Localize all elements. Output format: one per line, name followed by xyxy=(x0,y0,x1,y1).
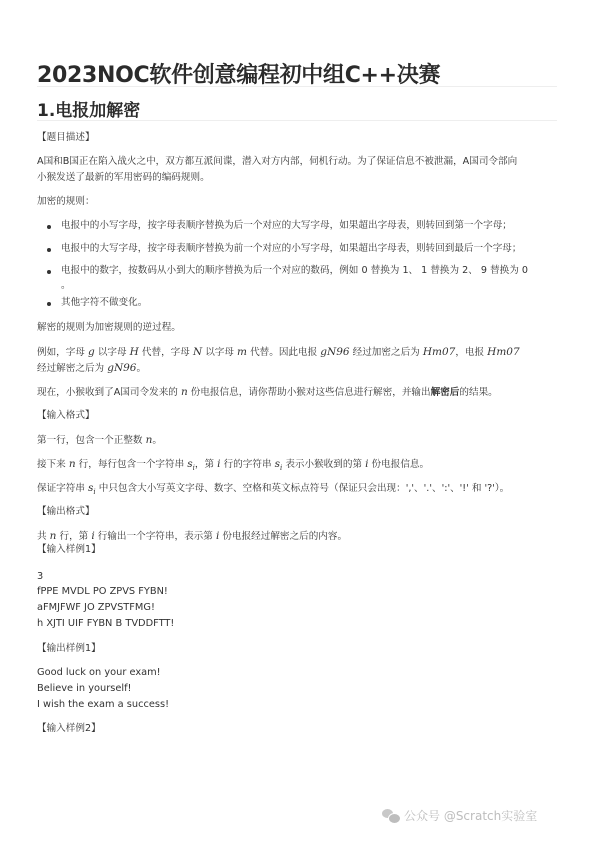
math: si xyxy=(187,458,195,470)
rule-item: 电报中的小写字母，按字母表顺序替换为后一个对应的大写字母，如果超出字母表，则转回… xyxy=(61,219,512,233)
input-format-label: 【输入格式】 xyxy=(37,409,95,423)
math: Hm07 xyxy=(423,346,455,358)
problem-heading: 1.电报加解密 xyxy=(37,96,140,121)
math: i xyxy=(365,458,368,470)
bullet-icon xyxy=(47,302,51,306)
task-line: 现在，小猴收到了A国司令发来的 n 份电报信息，请你帮助小猴对这些信息进行解密，… xyxy=(37,385,498,400)
example-line-2: 经过解密之后为 gN96。 xyxy=(37,361,146,376)
subscript: i xyxy=(93,488,95,496)
output-format-label: 【输出格式】 xyxy=(37,505,95,519)
math: n xyxy=(50,530,57,542)
text: 现在，小猴收到了A国司令发来的 xyxy=(37,387,178,398)
text: 保证字符串 xyxy=(37,483,85,494)
text: 以字母 xyxy=(205,347,234,358)
text: 份电报经过解密之后的内容。 xyxy=(222,531,347,542)
text: 份电报信息，请你帮助小猴对这些信息进行解密，并输出 xyxy=(191,387,431,398)
text: 的结果。 xyxy=(459,387,497,398)
bullet-icon xyxy=(47,248,51,252)
math: i xyxy=(216,530,219,542)
math: N xyxy=(193,346,202,358)
text: 行的字符串 xyxy=(224,459,272,470)
output-line-1: 共 n 行，第 i 行输出一个字符串，表示第 i 份电报经过解密之后的内容。 xyxy=(37,529,347,544)
bullet-icon xyxy=(47,270,51,274)
sample-input-2-label: 【输入样例2】 xyxy=(37,722,101,736)
bold-text: 解密后 xyxy=(431,387,460,398)
example-line-1: 例如，字母 g 以字母 H 代替，字母 N 以字母 m 代替。因此电报 gN96… xyxy=(37,345,520,360)
text: 中只包含大小写英文字母、数字、空格和英文标点符号（保证只会出现：','、'.'、… xyxy=(99,483,510,494)
rule-item-tail: 。 xyxy=(61,279,71,293)
rule-item: 电报中的大写字母，按字母表顺序替换为前一个对应的小写字母，如果超出字母表，则转回… xyxy=(61,242,522,256)
text: 行，每行包含一个字符串 xyxy=(79,459,185,470)
math: Hm07 xyxy=(487,346,519,358)
text: 。 xyxy=(152,435,162,446)
bullet-icon xyxy=(47,225,51,229)
math: n xyxy=(181,386,188,398)
math: n xyxy=(69,458,76,470)
sample-output-line: Believe in yourself! xyxy=(37,682,131,697)
title-divider xyxy=(37,86,557,87)
sample-input-1-label: 【输入样例1】 xyxy=(37,543,101,557)
sample-output-line: Good luck on your exam! xyxy=(37,666,161,681)
text: 经过加密之后为 xyxy=(353,347,420,358)
desc-line-2: 小猴发送了最新的军用密码的编码规则。 xyxy=(37,171,210,185)
text: 经过解密之后为 xyxy=(37,363,104,374)
math: si xyxy=(275,458,283,470)
subscript: i xyxy=(280,464,282,472)
rules-label: 加密的规则： xyxy=(37,195,95,209)
text: ，第 xyxy=(195,459,214,470)
math: g xyxy=(88,346,95,358)
sample-input-line: fPPE MVDL PO ZPVS FYBN! xyxy=(37,585,168,600)
heading-divider xyxy=(37,120,557,121)
text: 表示小猴收到的第 xyxy=(285,459,362,470)
input-line-3: 保证字符串 si 中只包含大小写英文字母、数字、空格和英文标点符号（保证只会出现… xyxy=(37,481,509,499)
text: 代替，字母 xyxy=(142,347,190,358)
math: gN96 xyxy=(107,362,136,374)
math: i xyxy=(91,530,94,542)
desc-label: 【题目描述】 xyxy=(37,131,95,145)
math: si xyxy=(88,482,96,494)
text: 代替。因此电报 xyxy=(250,347,317,358)
math: i xyxy=(217,458,220,470)
watermark-text: 公众号 @Scratch实验室 xyxy=(404,807,537,824)
input-line-1: 第一行，包含一个正整数 n。 xyxy=(37,433,162,448)
input-line-2: 接下来 n 行，每行包含一个字符串 si，第 i 行的字符串 si 表示小猴收到… xyxy=(37,457,429,475)
sample-input-line: h XJTI UIF FYBN B TVDDFTT! xyxy=(37,617,174,632)
text: 。 xyxy=(137,363,147,374)
text: 例如，字母 xyxy=(37,347,85,358)
page-title: 2023NOC软件创意编程初中组C++决赛 xyxy=(37,58,440,89)
watermark: 公众号 @Scratch实验室 xyxy=(382,807,537,824)
math: H xyxy=(130,346,139,358)
sample-input-line: 3 xyxy=(37,570,43,585)
text: ，电报 xyxy=(455,347,484,358)
text: 行，第 xyxy=(59,531,88,542)
text: 共 xyxy=(37,531,47,542)
desc-line-1: A国和B国正在陷入战火之中，双方都互派间谍，潜入对方内部，伺机行动。为了保证信息… xyxy=(37,155,517,169)
sample-input-line: aFMJFWF JO ZPVSTFMG! xyxy=(37,601,155,616)
text: 接下来 xyxy=(37,459,66,470)
sample-output-line: I wish the exam a success! xyxy=(37,698,169,713)
text: 份电报信息。 xyxy=(372,459,430,470)
text: 第一行，包含一个正整数 xyxy=(37,435,143,446)
rule-item: 电报中的数字，按数码从小到大的顺序替换为后一个对应的数码，例如 0 替换为 1、… xyxy=(61,264,528,278)
math: gN96 xyxy=(320,346,349,358)
decrypt-rule: 解密的规则为加密规则的逆过程。 xyxy=(37,321,181,335)
wechat-icon xyxy=(382,809,400,823)
rule-item: 其他字符不做变化。 xyxy=(61,296,147,310)
text: 行输出一个字符串，表示第 xyxy=(98,531,213,542)
math: m xyxy=(237,346,247,358)
text: 以字母 xyxy=(98,347,127,358)
sample-output-1-label: 【输出样例1】 xyxy=(37,642,101,656)
